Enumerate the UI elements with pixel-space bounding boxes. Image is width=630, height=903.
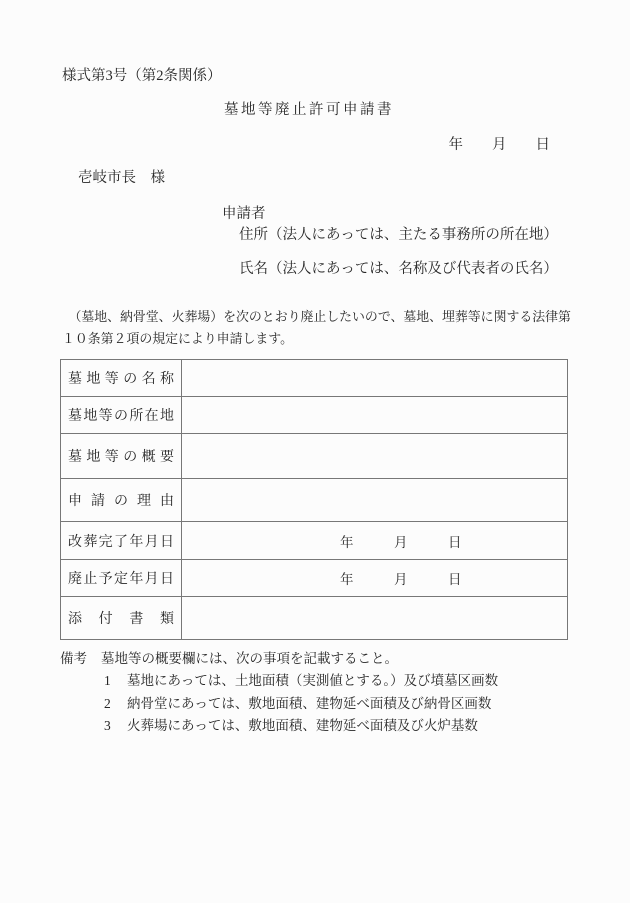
remarks-header: 備考 墓地等の概要欄には、次の事項を記載すること。	[60, 648, 572, 670]
remark-item-number: 1	[104, 670, 127, 692]
table-row: 申請の理由	[61, 479, 568, 522]
table-row: 改葬完了年月日 年 月 日	[61, 522, 568, 560]
table-row: 添付書類	[61, 597, 568, 640]
body-paragraph-line: １０条第２項の規定により申請します。	[62, 328, 574, 350]
remarks-section: 備考 墓地等の概要欄には、次の事項を記載すること。 1 墓地にあっては、土地面積…	[60, 648, 572, 738]
applicant-label: 申請者	[222, 202, 266, 223]
table-row: 墓地等の名称	[61, 360, 568, 397]
table-row: 墓地等の概要	[61, 434, 568, 479]
row-value-cemetery-name	[182, 360, 568, 397]
remark-item-text: 墓地にあっては、土地面積（実測値とする。）及び墳墓区画数	[127, 670, 498, 692]
addressee: 壱岐市長 様	[78, 166, 165, 187]
row-value-attached-documents	[182, 597, 568, 640]
remark-item: 1 墓地にあっては、土地面積（実測値とする。）及び墳墓区画数	[104, 670, 572, 692]
applicant-name-line: 氏名（法人にあっては、名称及び代表者の氏名）	[239, 257, 558, 278]
table-row: 廃止予定年月日 年 月 日	[61, 560, 568, 597]
table-row: 墓地等の所在地	[61, 397, 568, 434]
row-label-cemetery-name: 墓地等の名称	[61, 360, 182, 397]
row-value-planned-abolition-date: 年 月 日	[182, 560, 568, 597]
row-value-cemetery-location	[182, 397, 568, 434]
remarks-label: 備考	[60, 648, 87, 670]
remarks-note: 墓地等の概要欄には、次の事項を記載すること。	[101, 648, 398, 670]
remark-item: 2 納骨堂にあっては、敷地面積、建物延べ面積及び納骨区画数	[104, 693, 572, 715]
remark-item-number: 2	[104, 693, 127, 715]
date-line: 年 月 日	[449, 133, 551, 154]
row-value-application-reason	[182, 479, 568, 522]
row-value-cemetery-outline	[182, 434, 568, 479]
remark-item-text: 火葬場にあっては、敷地面積、建物延べ面積及び火炉基数	[127, 715, 478, 737]
remark-item-number: 3	[104, 715, 127, 737]
row-label-reburial-completion-date: 改葬完了年月日	[61, 522, 182, 560]
document-page: 様式第3号（第2条関係） 墓地等廃止許可申請書 年 月 日 壱岐市長 様 申請者…	[0, 0, 630, 903]
body-paragraph: （墓地、納骨堂、火葬場）を次のとおり廃止したいので、墓地、埋葬等に関する法律第 …	[62, 306, 574, 351]
form-number: 様式第3号（第2条関係）	[62, 64, 222, 85]
applicant-address-line: 住所（法人にあっては、主たる事務所の所在地）	[239, 223, 558, 244]
row-label-application-reason: 申請の理由	[61, 479, 182, 522]
row-label-attached-documents: 添付書類	[61, 597, 182, 640]
row-label-cemetery-outline: 墓地等の概要	[61, 434, 182, 479]
body-paragraph-line: （墓地、納骨堂、火葬場）を次のとおり廃止したいので、墓地、埋葬等に関する法律第	[62, 306, 574, 328]
row-value-reburial-completion-date: 年 月 日	[182, 522, 568, 560]
remark-item: 3 火葬場にあっては、敷地面積、建物延べ面積及び火炉基数	[104, 715, 572, 737]
row-label-planned-abolition-date: 廃止予定年月日	[61, 560, 182, 597]
page-title: 墓地等廃止許可申請書	[0, 98, 618, 119]
application-table: 墓地等の名称 墓地等の所在地 墓地等の概要 申請の理由 改葬完了年月日 年 月 …	[60, 359, 568, 640]
remark-item-text: 納骨堂にあっては、敷地面積、建物延べ面積及び納骨区画数	[127, 693, 491, 715]
row-label-cemetery-location: 墓地等の所在地	[61, 397, 182, 434]
